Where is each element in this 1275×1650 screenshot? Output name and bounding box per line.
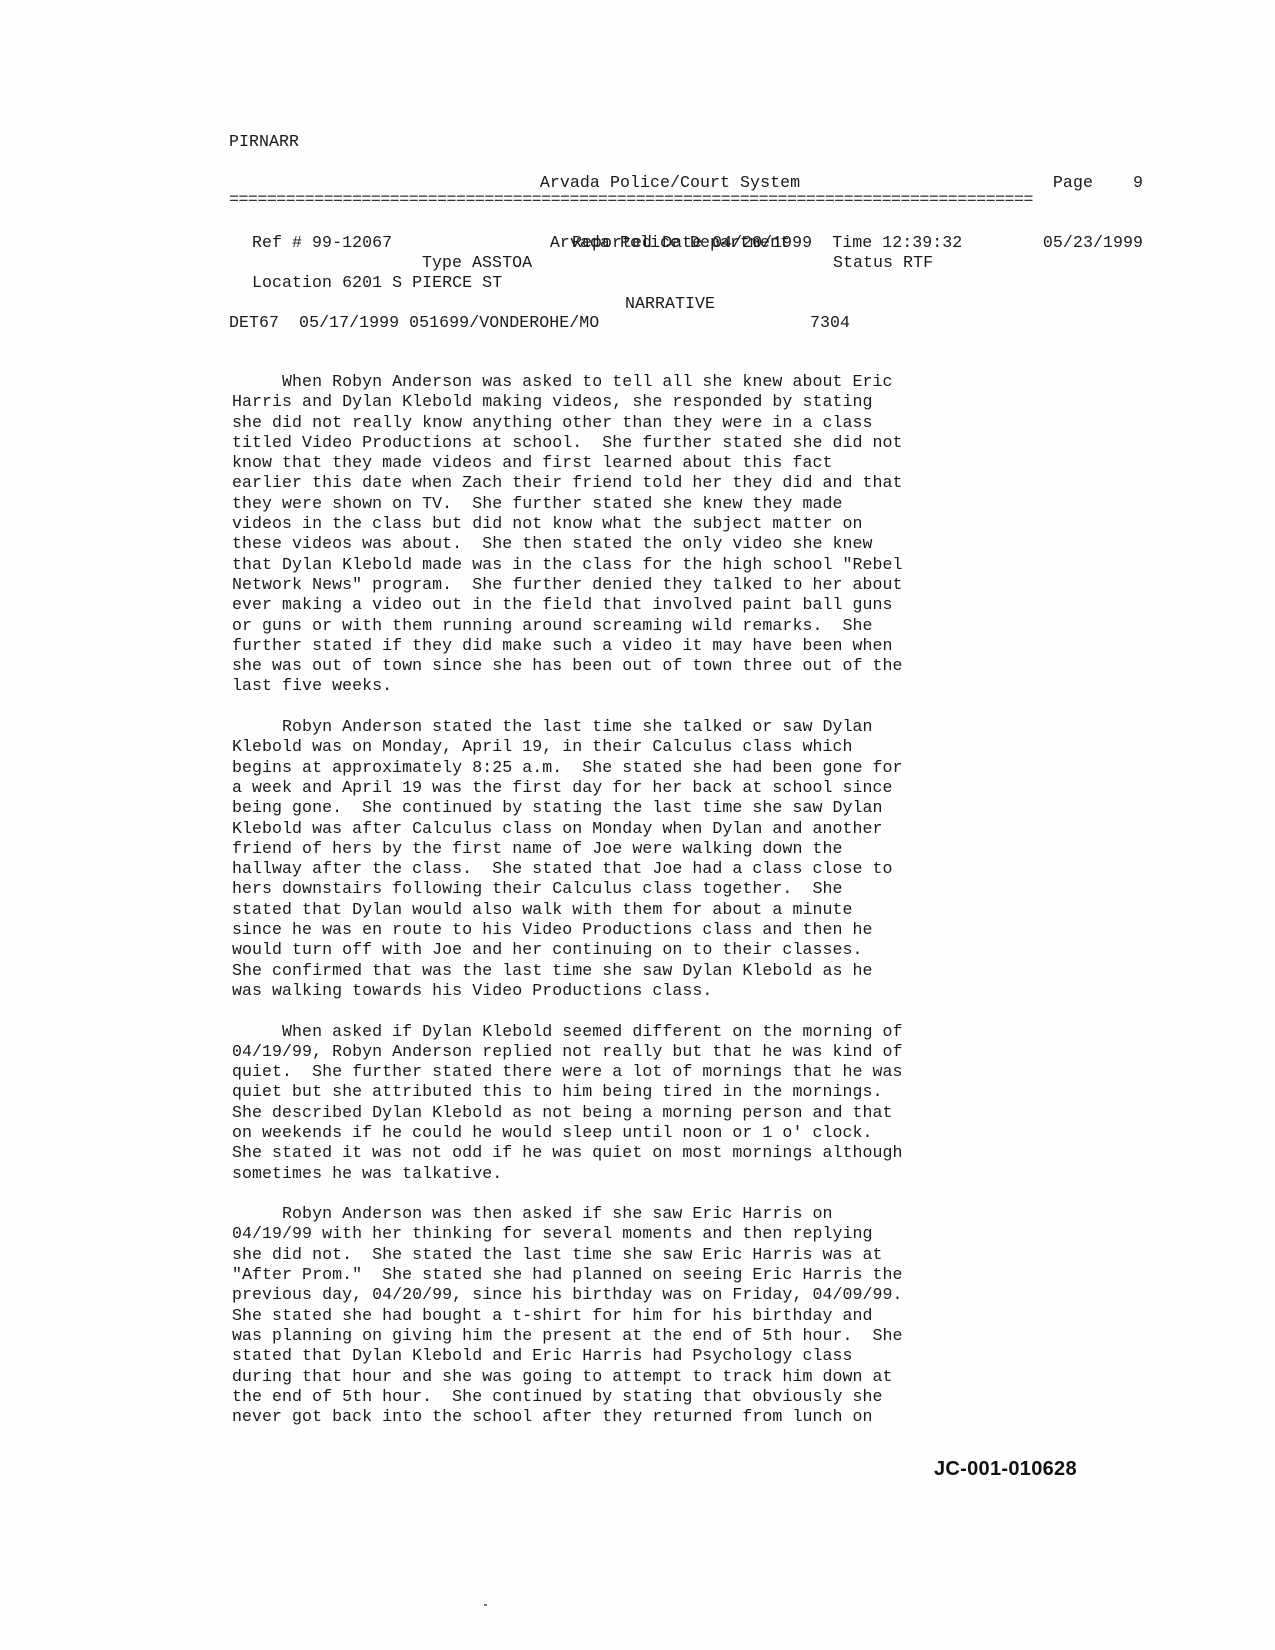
report-code: PIRNARR [229,132,299,152]
reported-date-time: Reported Date 04/20/1999 Time 12:39:32 [572,233,962,253]
narrative-paragraph: When Robyn Anderson was asked to tell al… [232,372,1012,697]
section-title: NARRATIVE [470,294,870,314]
officer-entry-line: DET67 05/17/1999 051699/VONDEROHE/MO [229,313,599,333]
case-type: Type ASSTOA [422,253,532,273]
header-page-info: Page 9 05/23/1999 [1000,132,1143,294]
narrative-paragraph: Robyn Anderson was then asked if she saw… [232,1204,1012,1427]
document-page: PIRNARR Arvada Police/Court System Arvad… [0,0,1275,1650]
reference-number: Ref # 99-12067 [252,233,392,253]
case-location: Location 6201 S PIERCE ST [252,273,502,293]
scan-speck [484,1604,487,1606]
narrative-body: When Robyn Anderson was asked to tell al… [232,372,1012,1448]
narrative-paragraph: When asked if Dylan Klebold seemed diffe… [232,1022,1012,1184]
separator-rule: ========================================… [229,190,1143,210]
entry-number: 7304 [810,313,850,333]
case-status: Status RTF [833,253,933,273]
bates-stamp: JC-001-010628 [934,1458,1077,1481]
print-date: 05/23/1999 [1000,233,1143,253]
narrative-paragraph: Robyn Anderson stated the last time she … [232,717,1012,1001]
